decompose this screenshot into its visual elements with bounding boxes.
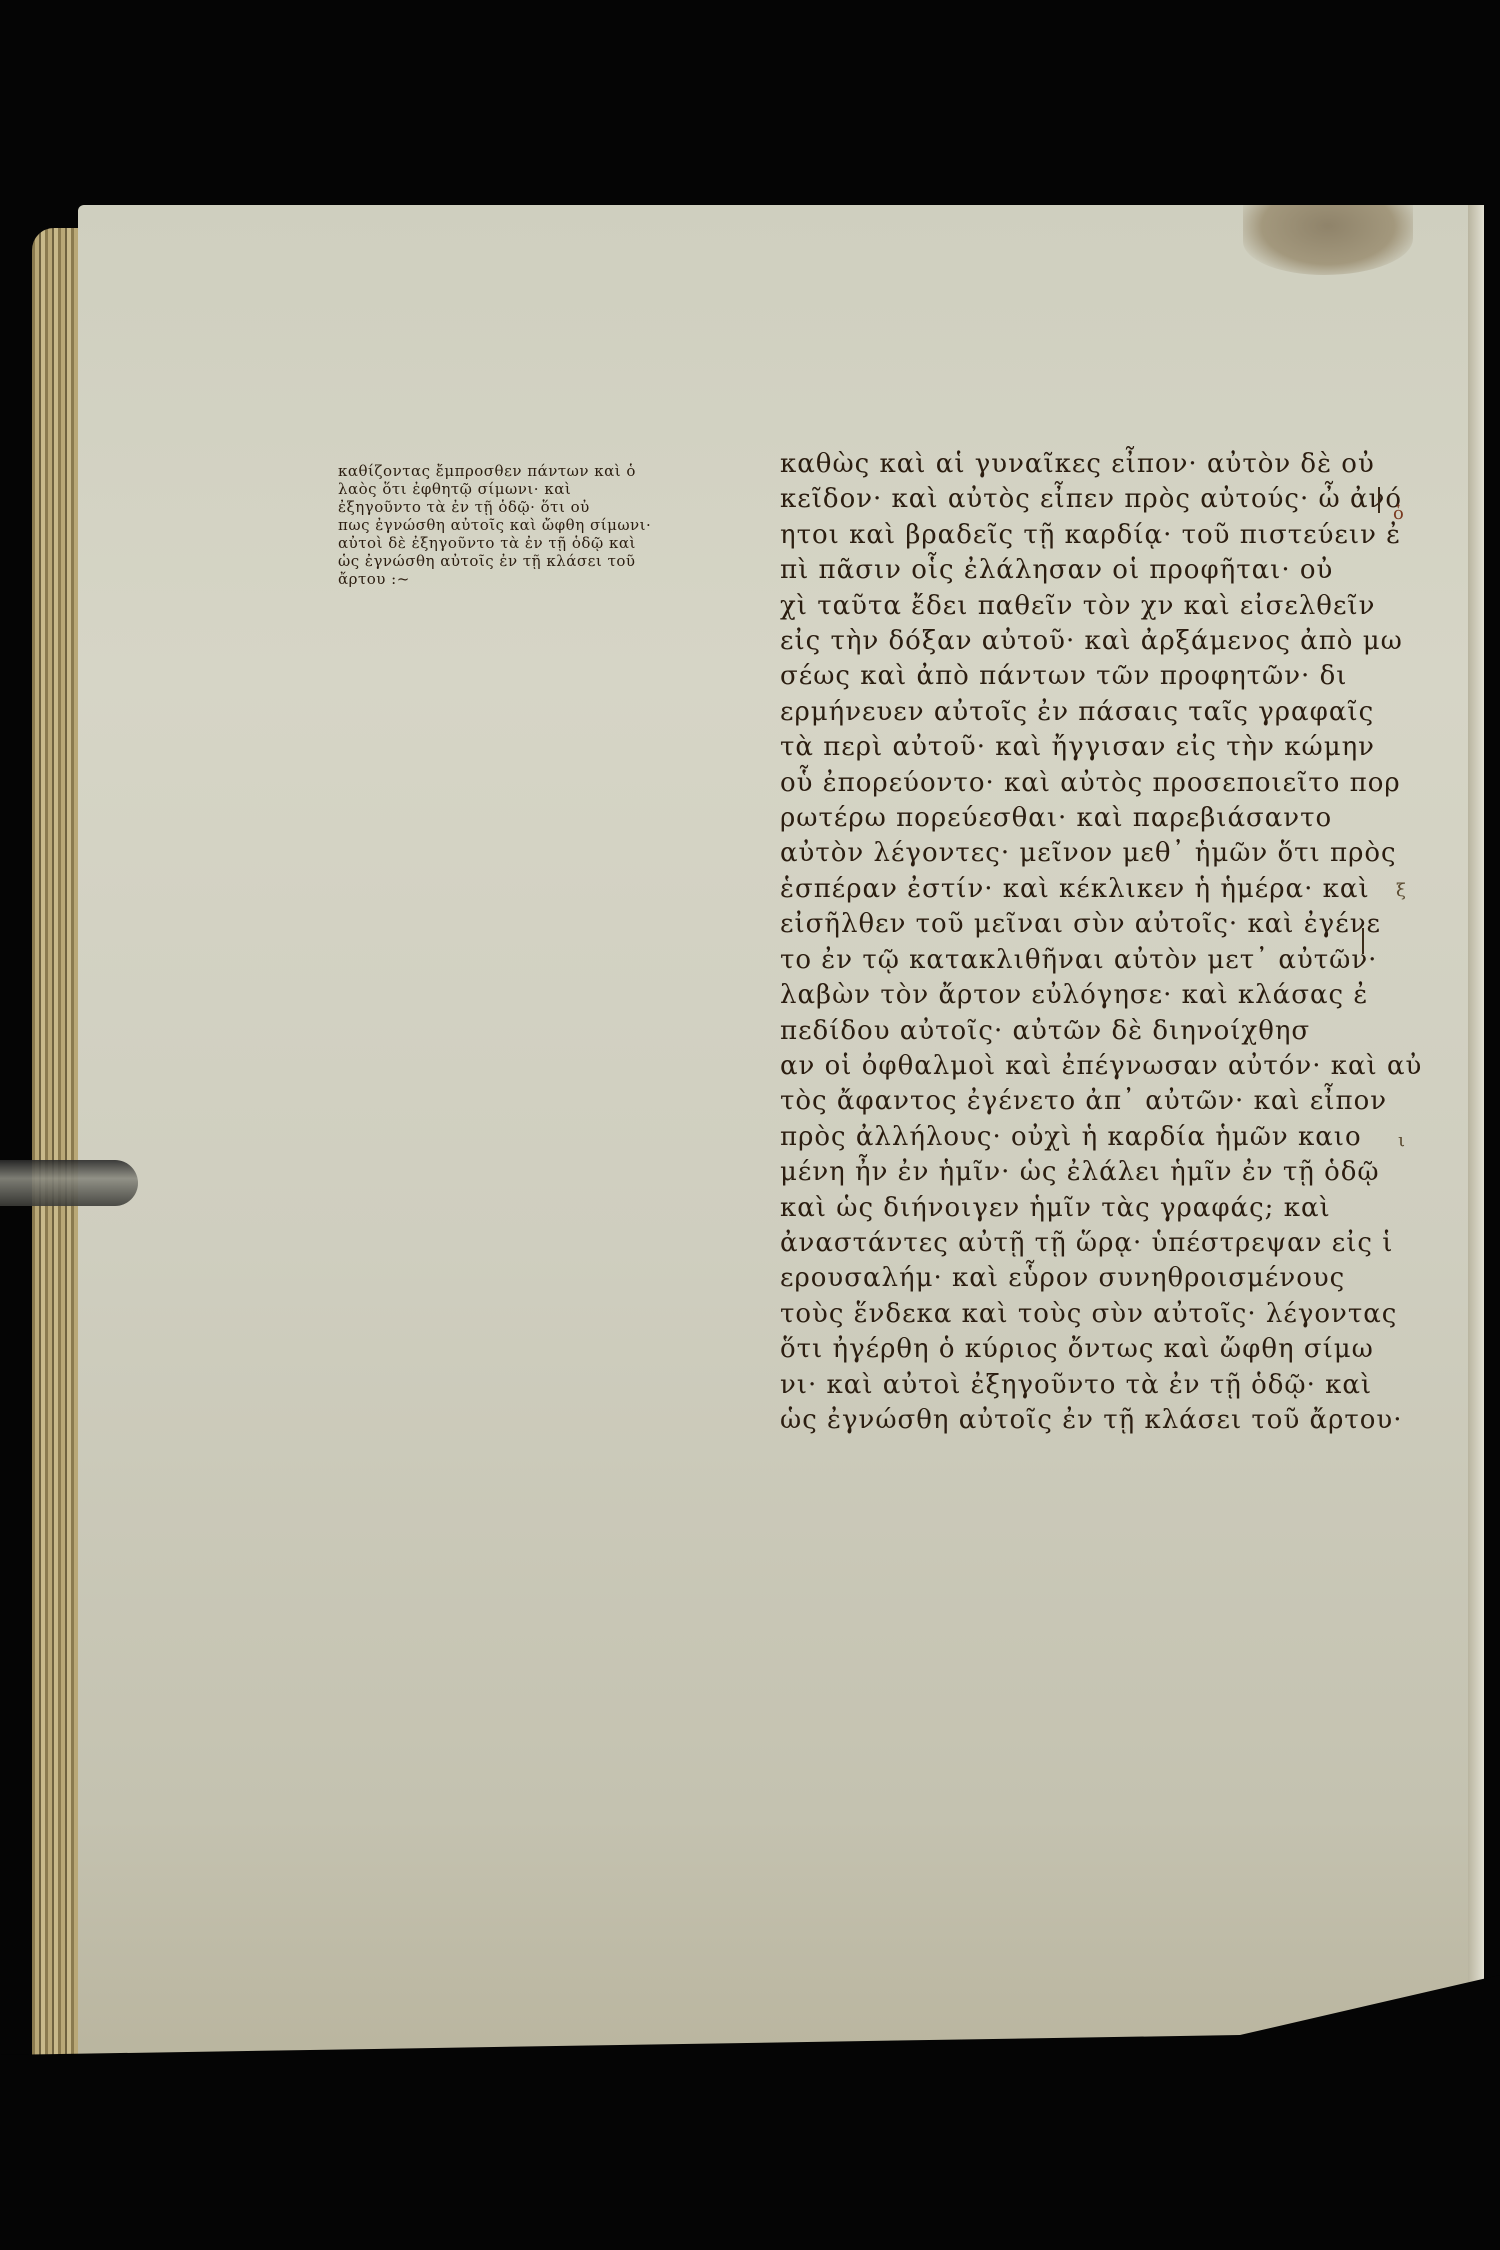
text-line: ερουσαλήμ· καὶ εὗρον συνηθροισμένους [780,1261,1380,1296]
margin-note: ὁ [1393,503,1404,524]
text-line: ὡς ἐγνώσθη αὐτοῖς ἐν τῇ κλάσει τοῦ ἄρτου… [780,1403,1380,1438]
margin-rule [1362,928,1364,954]
text-line: πως ἐγνώσθη αὐτοῖς καὶ ὤφθη σίμωνι· [338,516,698,534]
page-clip [0,1160,138,1206]
text-line: πεδίδου αὐτοῖς· αὐτῶν δὲ διηνοίχθησ [780,1014,1380,1049]
text-line: λαβὼν τὸν ἄρτον εὐλόγησε· καὶ κλάσας ἐ [780,978,1380,1013]
text-line: αὐτὸν λέγοντες· μεῖνον μεθ᾽ ἡμῶν ὅτι πρὸ… [780,836,1380,871]
text-line: αν οἱ ὀφθαλμοὶ καὶ ἐπέγνωσαν αὐτόν· καὶ … [780,1049,1380,1084]
text-line: ερμήνευεν αὐτοῖς ἐν πάσαις ταῖς γραφαῖς [780,695,1380,730]
water-stain [1243,205,1413,275]
text-line: πὶ πᾶσιν οἷς ἐλάλησαν οἱ προφῆται· οὐ [780,553,1380,588]
text-line: τὸς ἄφαντος ἐγένετο ἀπ᾽ αὐτῶν· καὶ εἶπον [780,1084,1380,1119]
text-line: ὡς ἐγνώσθη αὐτοῖς ἐν τῇ κλάσει τοῦ [338,552,698,570]
text-line: ἄρτου :~ [338,570,698,588]
text-line: τὰ περὶ αὐτοῦ· καὶ ἤγγισαν εἰς τὴν κώμην [780,730,1380,765]
page-edges [32,228,82,2088]
left-text-column: καθίζοντας ἔμπροσθεν πάντων καὶ ὁ λαὸς ὅ… [338,462,698,588]
right-text-column: καθὼς καὶ αἱ γυναῖκες εἶπον· αὐτὸν δὲ οὐ… [780,447,1380,1438]
text-line: αὐτοὶ δὲ ἐξηγοῦντο τὰ ἐν τῇ ὁδῷ καὶ [338,534,698,552]
text-line: ητοι καὶ βραδεῖς τῇ καρδίᾳ· τοῦ πιστεύει… [780,518,1380,553]
margin-rule [1378,487,1380,513]
text-line: ἀναστάντες αὐτῇ τῇ ὥρᾳ· ὑπέστρεψαν εἰς ἱ [780,1226,1380,1261]
text-line: κεῖδον· καὶ αὐτὸς εἶπεν πρὸς αὐτούς· ὦ ἀ… [780,482,1380,517]
text-line: νι· καὶ αὐτοὶ ἐξηγοῦντο τὰ ἐν τῇ ὁδῷ· κα… [780,1368,1380,1403]
text-line: ἐξηγοῦντο τὰ ἐν τῇ ὁδῷ· ὅτι οὐ [338,498,698,516]
text-line: ὅτι ἠγέρθη ὁ κύριος ὄντως καὶ ὤφθη σίμω [780,1332,1380,1367]
text-line: σέως καὶ ἀπὸ πάντων τῶν προφητῶν· δι [780,659,1380,694]
text-line: λαὸς ὅτι ἐφθητῷ σίμωνι· καὶ [338,480,698,498]
text-line: εἰσῆλθεν τοῦ μεῖναι σὺν αὐτοῖς· καὶ ἐγέν… [780,907,1380,942]
text-line: καθίζοντας ἔμπροσθεν πάντων καὶ ὁ [338,462,698,480]
text-line: καὶ ὡς διήνοιγεν ἡμῖν τὰς γραφάς; καὶ [780,1191,1380,1226]
text-line: μένη ἦν ἐν ἡμῖν· ὡς ἐλάλει ἡμῖν ἐν τῇ ὁδ… [780,1155,1380,1190]
text-line: χὶ ταῦτα ἔδει παθεῖν τὸν χν καὶ εἰσελθεῖ… [780,589,1380,624]
text-line: πρὸς ἀλλήλους· οὐχὶ ἡ καρδία ἡμῶν καιο [780,1120,1380,1155]
text-line: το ἐν τῷ κατακλιθῆναι αὐτὸν μετ᾽ αὐτῶν· [780,943,1380,978]
text-line: ἑσπέραν ἐστίν· καὶ κέκλικεν ἡ ἡμέρα· καὶ [780,872,1380,907]
margin-note: ι [1398,1130,1405,1151]
text-line: οὗ ἐπορεύοντο· καὶ αὐτὸς προσεποιεῖτο πο… [780,766,1380,801]
text-line: ρωτέρω πορεύεσθαι· καὶ παρεβιάσαντο [780,801,1380,836]
text-line: τοὺς ἕνδεκα καὶ τοὺς σὺν αὐτοῖς· λέγοντα… [780,1297,1380,1332]
margin-note: ξ [1396,880,1406,901]
text-line: καθὼς καὶ αἱ γυναῖκες εἶπον· αὐτὸν δὲ οὐ [780,447,1380,482]
text-line: εἰς τὴν δόξαν αὐτοῦ· καὶ ἀρξάμενος ἀπὸ μ… [780,624,1380,659]
